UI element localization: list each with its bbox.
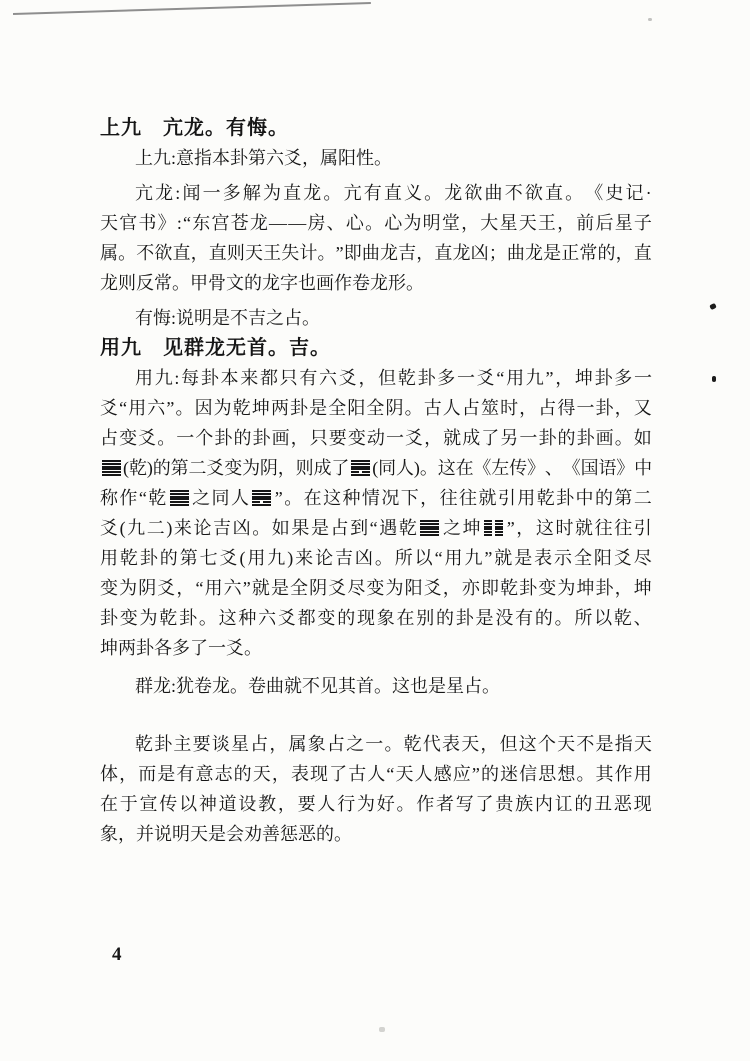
text-line: 坤两卦各多了一爻。 [100,633,652,663]
text-line: (乾)的第二爻变为阴，则成了(同人)。这在《左传》、《国语》中 [100,453,652,483]
tongren-hexagram-icon [252,490,271,506]
section-heading: 用九 见群龙无首。吉。 [100,333,652,363]
text-line: 爻“用六”。因为乾坤两卦是全阳全阴。古人占筮时，占得一卦，又 [100,393,652,423]
text-line: 属。不欲直，直则天王失计。”即曲龙吉，直龙凶；曲龙是正常的，直 [100,238,652,268]
text-line: 称作“乾之同人”。在这种情况下，往往就引用乾卦中的第二 [100,483,652,513]
qian-hexagram-icon [420,520,439,536]
scan-artifact-speck [379,1027,385,1032]
text-line: 上九:意指本卦第六爻，属阳性。 [100,143,652,173]
text-line: 用乾卦的第七爻(用九)来论吉凶。所以“用九”就是表示全阳爻尽 [100,543,652,573]
scanned-book-page: 上九 亢龙。有悔。上九:意指本卦第六爻，属阳性。亢龙:闻一多解为直龙。亢有直义。… [0,0,750,1061]
text-line: 变为阴爻，“用六”就是全阴爻尽变为阳爻，亦即乾卦变为坤卦，坤 [100,573,652,603]
text-line: 天官书》:“东宫苍龙——房、心。心为明堂，大星天王，前后星子 [100,208,652,238]
text-line: 乾卦主要谈星占，属象占之一。乾代表天，但这个天不是指天 [100,729,652,759]
text-line: 象，并说明天是会劝善惩恶的。 [100,819,652,849]
section-heading: 上九 亢龙。有悔。 [100,113,652,143]
text-line: 有悔:说明是不吉之占。 [100,303,652,333]
text-column: 上九 亢龙。有悔。上九:意指本卦第六爻，属阳性。亢龙:闻一多解为直龙。亢有直义。… [100,113,652,849]
text-line: 体，而是有意志的天，表现了古人“天人感应”的迷信思想。其作用 [100,759,652,789]
qian-hexagram-icon [102,460,121,476]
text-line: 在于宣传以神道设教，要人行为好。作者写了贵族内讧的丑恶现 [100,789,652,819]
scan-artifact-speck [712,376,716,382]
text-line: 亢龙:闻一多解为直龙。亢有直义。龙欲曲不欲直。《史记· [100,178,652,208]
text-line: 占变爻。一个卦的卦画，只要变动一爻，就成了另一卦的卦画。如 [100,423,652,453]
text-line: 爻(九二)来论吉凶。如果是占到“遇乾之坤”，这时就往往引 [100,513,652,543]
kun-hexagram-icon [484,520,503,536]
text-line: 用九:每卦本来都只有六爻，但乾卦多一爻“用九”，坤卦多一 [100,363,652,393]
scan-artifact-speck [709,303,717,310]
scan-artifact-speck [648,18,652,21]
qian-hexagram-icon [170,490,189,506]
scan-artifact-diagonal-line [13,2,371,15]
text-line: 卦变为乾卦。这种六爻都变的现象在别的卦是没有的。所以乾、 [100,603,652,633]
text-line: 龙则反常。甲骨文的龙字也画作卷龙形。 [100,268,652,298]
page-number: 4 [112,944,122,966]
text-line: 群龙:犹卷龙。卷曲就不见其首。这也是星占。 [100,671,652,701]
tongren-hexagram-icon [351,460,370,476]
